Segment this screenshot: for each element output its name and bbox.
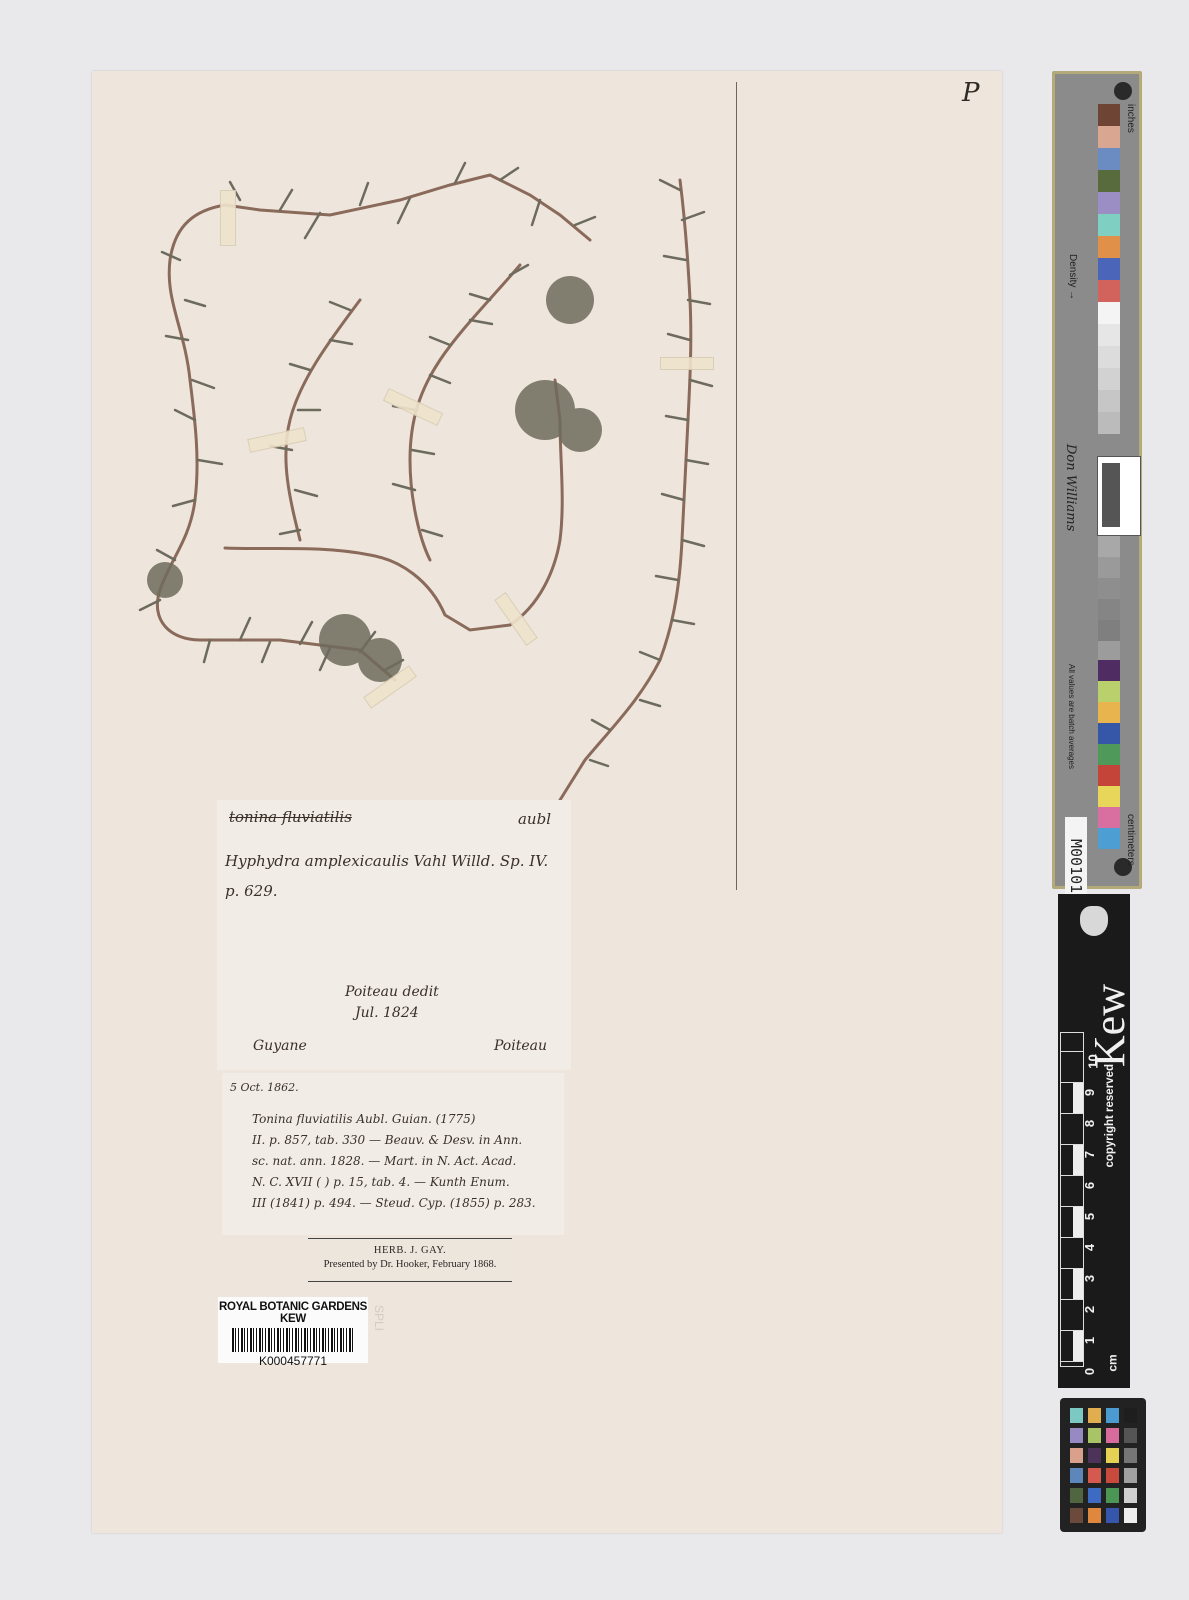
checker-patch <box>1106 1488 1119 1503</box>
checker-patch <box>1070 1428 1083 1443</box>
color-swatch <box>1098 641 1120 662</box>
checker-patch <box>1106 1448 1119 1463</box>
cm-ruler <box>1060 1032 1084 1367</box>
ruler-number: 7 <box>1082 1151 1097 1158</box>
checker-patch <box>1124 1408 1137 1423</box>
determination-text: Tonina fluviatilis Aubl. Guian. (1775) I… <box>252 1109 562 1214</box>
checker-patch <box>1106 1428 1119 1443</box>
color-swatch <box>1098 723 1120 744</box>
density-label: Density → <box>1067 254 1078 300</box>
color-swatch <box>1098 258 1120 280</box>
ruler-tick <box>1061 1175 1083 1176</box>
determination-line: sc. nat. ann. 1828. — Mart. in N. Act. A… <box>252 1151 562 1172</box>
color-swatch <box>1098 302 1120 324</box>
ruler-tick <box>1061 1206 1083 1207</box>
collection-date: Jul. 1824 <box>355 1005 419 1021</box>
checker-patch <box>1070 1488 1083 1503</box>
determination-line: N. C. XVII ( ) p. 15, tab. 4. — Kunth En… <box>252 1172 562 1193</box>
strip-brand: Don Williams <box>1063 444 1078 531</box>
checker-patch <box>1070 1448 1083 1463</box>
struck-name: tonina fluviatilis <box>229 808 352 826</box>
herbarium-name: HERB. J. GAY. <box>308 1245 512 1256</box>
ruler-number: 3 <box>1082 1275 1097 1282</box>
corner-mark: P <box>962 78 980 108</box>
color-swatch <box>1098 744 1120 765</box>
color-swatch <box>1098 786 1120 807</box>
ruler-segment <box>1073 1268 1083 1299</box>
color-swatch <box>1098 702 1120 723</box>
checker-patch <box>1070 1508 1083 1523</box>
cm-unit: cm <box>1106 1354 1120 1371</box>
original-collection-label: tonina fluviatilis aubl Hyphydra amplexi… <box>217 800 571 1070</box>
ruler-number: 10 <box>1086 1054 1101 1068</box>
checker-patch <box>1088 1508 1101 1523</box>
color-swatch <box>1098 170 1120 192</box>
ruler-number: 2 <box>1082 1306 1097 1313</box>
checker-patch <box>1106 1468 1119 1483</box>
inches-label: inches <box>1125 104 1136 133</box>
color-swatch <box>1098 126 1120 148</box>
batch-note: All values are batch averages <box>1067 664 1076 769</box>
ruler-number: 0 <box>1082 1368 1097 1375</box>
ruler-segment <box>1073 1206 1083 1237</box>
determination-line: Tonina fluviatilis Aubl. Guian. (1775) <box>252 1109 562 1130</box>
taxon-name: Hyphydra amplexicaulis Vahl Willd. Sp. I… <box>225 852 548 870</box>
ruler-tick <box>1061 1237 1083 1238</box>
donor-note: Poiteau dedit <box>345 984 439 1000</box>
institution-name: ROYAL BOTANIC GARDENS KEW <box>218 1301 368 1325</box>
ruler-segment <box>1073 1082 1083 1113</box>
taxon-page: p. 629. <box>225 882 278 900</box>
determination-line: III (1841) p. 494. — Steud. Cyp. (1855) … <box>252 1193 562 1214</box>
ruler-tick <box>1061 1113 1083 1114</box>
color-swatch <box>1098 412 1120 434</box>
mounting-tape <box>660 357 714 370</box>
checker-patch <box>1070 1468 1083 1483</box>
barcode-icon <box>232 1328 354 1352</box>
checker-patch <box>1088 1428 1101 1443</box>
collector: Poiteau <box>494 1038 547 1054</box>
color-swatch <box>1098 346 1120 368</box>
ruler-number: 6 <box>1082 1182 1097 1189</box>
color-swatch <box>1098 578 1120 599</box>
ruler-tick <box>1061 1361 1083 1362</box>
ruler-tick <box>1061 1144 1083 1145</box>
struck-author: aubl <box>518 810 551 828</box>
ruler-tick <box>1061 1051 1083 1052</box>
ruler-segment <box>1073 1144 1083 1175</box>
copyright-notice: copyright reserved <box>1104 1064 1116 1168</box>
ruler-tick <box>1061 1082 1083 1083</box>
kew-crest-icon <box>1080 906 1108 936</box>
barcode-number: K000457771 <box>218 1354 368 1368</box>
ruler-number: 4 <box>1082 1244 1097 1251</box>
color-swatch <box>1098 660 1120 681</box>
color-swatch <box>1098 236 1120 258</box>
ruler-number: 9 <box>1082 1089 1097 1096</box>
color-swatch <box>1098 368 1120 390</box>
checker-patch <box>1124 1428 1137 1443</box>
color-swatch <box>1098 214 1120 236</box>
checker-patch <box>1124 1508 1137 1523</box>
color-swatch <box>1098 324 1120 346</box>
ruler-tick <box>1061 1299 1083 1300</box>
barcode-label: ROYAL BOTANIC GARDENS KEW K000457771 <box>218 1297 368 1363</box>
checker-patch <box>1088 1488 1101 1503</box>
checker-patch <box>1124 1488 1137 1503</box>
faint-stamp: SPLI <box>372 1305 386 1331</box>
checker-patch <box>1088 1468 1101 1483</box>
checker-patch <box>1088 1448 1101 1463</box>
centimeters-label: centimeters <box>1125 814 1136 866</box>
color-swatch <box>1098 828 1120 849</box>
color-swatch <box>1098 599 1120 620</box>
color-swatch <box>1098 557 1120 578</box>
color-swatch <box>1098 681 1120 702</box>
gray-target <box>1097 456 1141 536</box>
checker-patch <box>1124 1468 1137 1483</box>
color-checker <box>1060 1398 1146 1532</box>
kew-scale-bar: Kew 012345678910 copyright reserved cm <box>1058 894 1130 1388</box>
color-swatch <box>1098 765 1120 786</box>
color-swatch <box>1098 192 1120 214</box>
checker-patch <box>1124 1448 1137 1463</box>
checker-patch <box>1106 1408 1119 1423</box>
color-swatch <box>1098 104 1120 126</box>
locality: Guyane <box>253 1038 307 1054</box>
color-swatch <box>1098 807 1120 828</box>
determination-line: II. p. 857, tab. 330 — Beauv. & Desv. in… <box>252 1130 562 1151</box>
determination-label: 5 Oct. 1862. Tonina fluviatilis Aubl. Gu… <box>222 1073 564 1235</box>
ruler-tick <box>1061 1330 1083 1331</box>
ruler-number: 5 <box>1082 1213 1097 1220</box>
checker-patch <box>1070 1408 1083 1423</box>
checker-patch <box>1106 1508 1119 1523</box>
ruler-number: 8 <box>1082 1120 1097 1127</box>
mounting-tape <box>220 190 236 246</box>
color-swatch <box>1098 390 1120 412</box>
color-swatch <box>1098 280 1120 302</box>
determination-date: 5 Oct. 1862. <box>230 1081 299 1094</box>
herbarium-provenance-label: HERB. J. GAY. Presented by Dr. Hooker, F… <box>308 1238 512 1282</box>
strip-hole-icon <box>1114 82 1132 100</box>
ruler-number: 1 <box>1082 1337 1097 1344</box>
color-swatch <box>1098 148 1120 170</box>
color-swatch <box>1098 536 1120 557</box>
ruler-segment <box>1073 1330 1083 1361</box>
color-swatch <box>1098 620 1120 641</box>
ruler-tick <box>1061 1268 1083 1269</box>
presented-by: Presented by Dr. Hooker, February 1868. <box>308 1259 512 1270</box>
color-calibration-strip: Don Williams Density → All values are ba… <box>1052 71 1142 889</box>
checker-patch <box>1088 1408 1101 1423</box>
